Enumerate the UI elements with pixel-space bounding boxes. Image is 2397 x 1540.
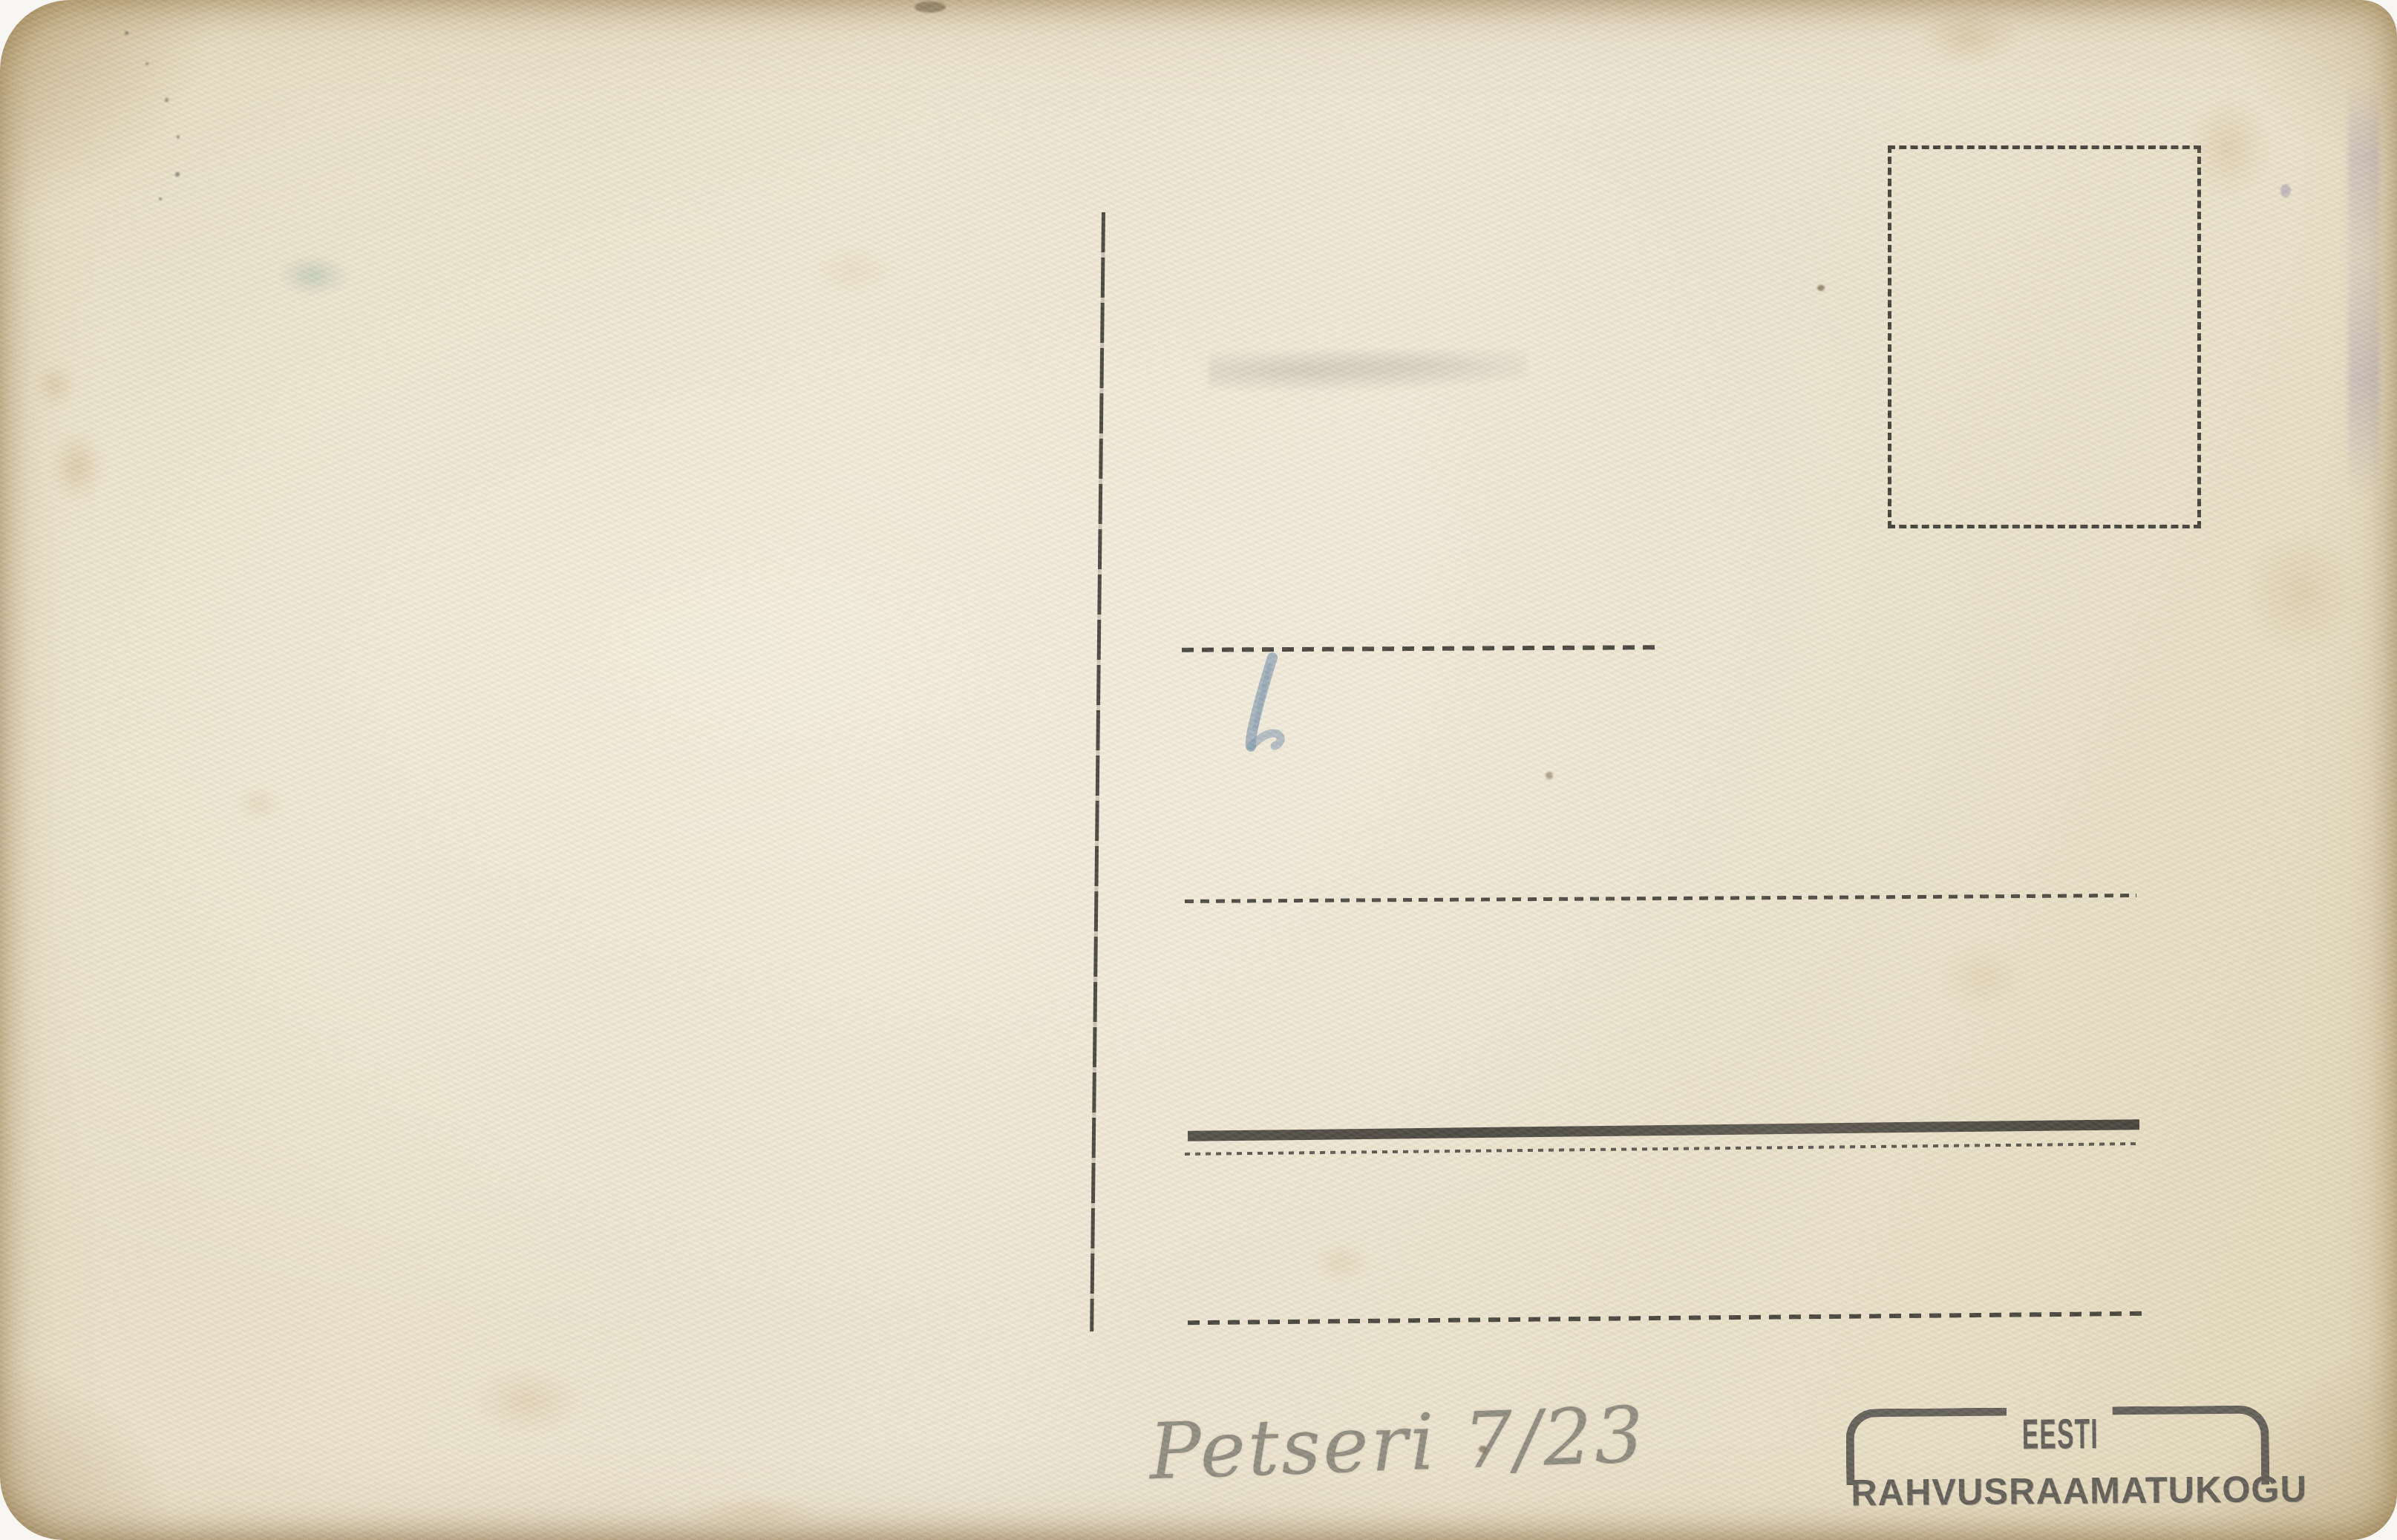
address-line-3-dotted [1185,1142,2139,1156]
corner-speckle [165,98,169,102]
erased-pencil-smudge [1209,347,1528,390]
corner-speckle [175,172,180,177]
stain [1941,943,2027,1013]
library-stamp: EESTI RAHVUSRAAMATUKOGU [1845,1406,2269,1521]
stain [36,362,74,408]
corner-speckle [125,31,128,35]
speck [1479,1446,1487,1452]
stain [2242,527,2357,657]
stain [1314,1243,1370,1282]
stain [1919,9,2019,67]
corner-speckle [159,197,162,200]
address-line-3-thick [1188,1119,2139,1141]
stain [2190,96,2268,197]
stain [471,1366,583,1436]
faded-ink-right-edge-mark [2348,82,2379,497]
stamp-library-name-text: RAHVUSRAAMATUKOGU [1851,1468,2258,1515]
speck [1546,772,1553,779]
scan-background: Petseri 7/23 EESTI RAHVUSRAAMATUKOGU [0,0,2397,1540]
speck [1817,285,1825,291]
blue-pencil-check-mark [1226,652,1315,756]
teal-crayon-smudge [276,254,350,297]
stain [809,245,898,297]
stain [50,430,104,503]
postcard-back: Petseri 7/23 EESTI RAHVUSRAAMATUKOGU [0,0,2397,1540]
address-line-2 [1185,894,2136,903]
postage-stamp-box [1888,145,2201,528]
corner-speckle [177,135,180,139]
address-line-4 [1188,1311,2145,1325]
center-divider-line [1090,212,1105,1331]
speck [915,1,946,13]
corner-speckle [145,62,148,65]
speck [2280,184,2291,197]
stain [683,1495,824,1529]
stain [236,787,284,821]
stamp-country-text: EESTI [2022,1410,2098,1459]
handwritten-note: Petseri 7/23 [1148,1387,1715,1497]
